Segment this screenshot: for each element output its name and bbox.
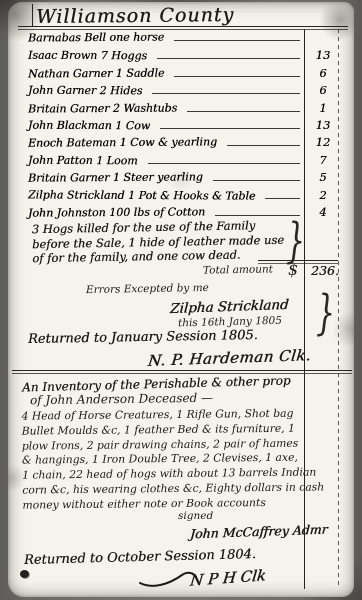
dash-rule (227, 145, 300, 146)
date-line: this 16th Jany 1805 (178, 315, 282, 330)
inventory-line: money without either note or Book accoun… (22, 495, 324, 513)
administrator-signature: John McCaffrey Admr (190, 522, 329, 542)
dash-rule (187, 111, 300, 112)
item-amount: 6 (308, 66, 338, 80)
item-text: John Patton 1 Loom (28, 153, 138, 167)
item-text: Zilpha Strickland 1 Pot & Hooks & Table (28, 188, 256, 202)
inventory-heading-line: of John Anderson Deceased — (30, 391, 213, 408)
item-amount: 2 (308, 188, 338, 202)
dash-rule (157, 58, 300, 59)
page-title: Williamson County (36, 4, 234, 28)
dollar-sign: $ (288, 260, 298, 279)
scan-blemish (20, 570, 29, 578)
clerk-flourish-signature: N P H Clk (138, 565, 266, 591)
item-text: Britain Garner 1 Steer yearling (28, 171, 203, 185)
title-underline (18, 26, 348, 27)
paper-page: Williamson County Barnabas Bell one hors… (8, 2, 354, 597)
ledger-row: Enoch Bateman 1 Cow & yearling 12 (28, 135, 344, 152)
total-label: Total amount (203, 263, 273, 276)
errors-excepted-line: Errors Excepted by me (86, 282, 209, 296)
dash-rule (174, 76, 300, 77)
signed-label: signed (178, 510, 213, 522)
hardeman-clerk-signature: N. P. Hardeman Clk. (147, 346, 312, 370)
item-text: John Johnston 100 lbs of Cotton (28, 205, 205, 219)
item-amount: 6 (308, 83, 338, 97)
signature-brace: } (316, 286, 335, 342)
dash-rule (265, 198, 300, 199)
ledger-row: John Blackman 1 Cow 13 (28, 118, 344, 135)
clerk-flourish-text: N P H Clk (189, 566, 267, 589)
ledger-row: John Garner 2 Hides 6 (28, 83, 344, 100)
scanned-document: Williamson County Barnabas Bell one hors… (0, 0, 362, 600)
item-amount: 4 (308, 205, 338, 219)
item-amount: 13 (308, 118, 338, 132)
dash-rule (213, 180, 300, 181)
item-amount: 13 (308, 48, 338, 62)
item-amount: 7 (308, 153, 338, 167)
sale-ledger: Barnabas Bell one horse Isaac Brown 7 Ho… (28, 31, 344, 222)
returned-january-line: Returned to January Session 1805. (28, 328, 258, 347)
item-amount: 1 (308, 101, 338, 115)
title-underline-2 (18, 29, 348, 30)
ledger-row: Britain Garner 2 Washtubs 1 (28, 101, 344, 118)
inventory-line: corn &c, his wearing clothes &c, Eighty … (22, 480, 324, 498)
item-text: John Blackman 1 Cow (28, 119, 150, 133)
section-separator (12, 370, 352, 371)
item-text: Enoch Bateman 1 Cow & yearling (28, 136, 217, 150)
section-separator-2 (12, 373, 352, 374)
ledger-row: Barnabas Bell one horse (28, 31, 344, 48)
item-text: Britain Garner 2 Washtubs (28, 101, 177, 115)
item-amount: 5 (308, 170, 338, 184)
total-value: 236. (311, 263, 339, 278)
family-use-note: 3 Hogs killed for the use of the Family … (32, 218, 285, 266)
ledger-row: Britain Garner 1 Steer yearling 5 (28, 170, 344, 187)
item-text: Barnabas Bell one horse (28, 31, 164, 45)
ledger-row: John Patton 1 Loom 7 (28, 153, 344, 170)
item-text: Nathan Garner 1 Saddle (28, 66, 165, 80)
dash-rule (174, 40, 300, 41)
item-text: Isaac Brown 7 Hoggs (28, 49, 147, 63)
inventory-body: 4 Head of Horse Creatures, 1 Rifle Gun, … (21, 406, 324, 513)
title-left-rule (32, 4, 33, 27)
item-amount: 12 (308, 135, 338, 149)
dash-rule (152, 93, 300, 94)
ledger-row: Isaac Brown 7 Hoggs 13 (28, 48, 344, 65)
ledger-row: Zilpha Strickland 1 Pot & Hooks & Table … (28, 188, 344, 205)
dash-rule (160, 128, 300, 129)
dash-rule (148, 163, 300, 164)
item-text: John Garner 2 Hides (28, 84, 143, 98)
ledger-row: Nathan Garner 1 Saddle 6 (28, 66, 344, 83)
